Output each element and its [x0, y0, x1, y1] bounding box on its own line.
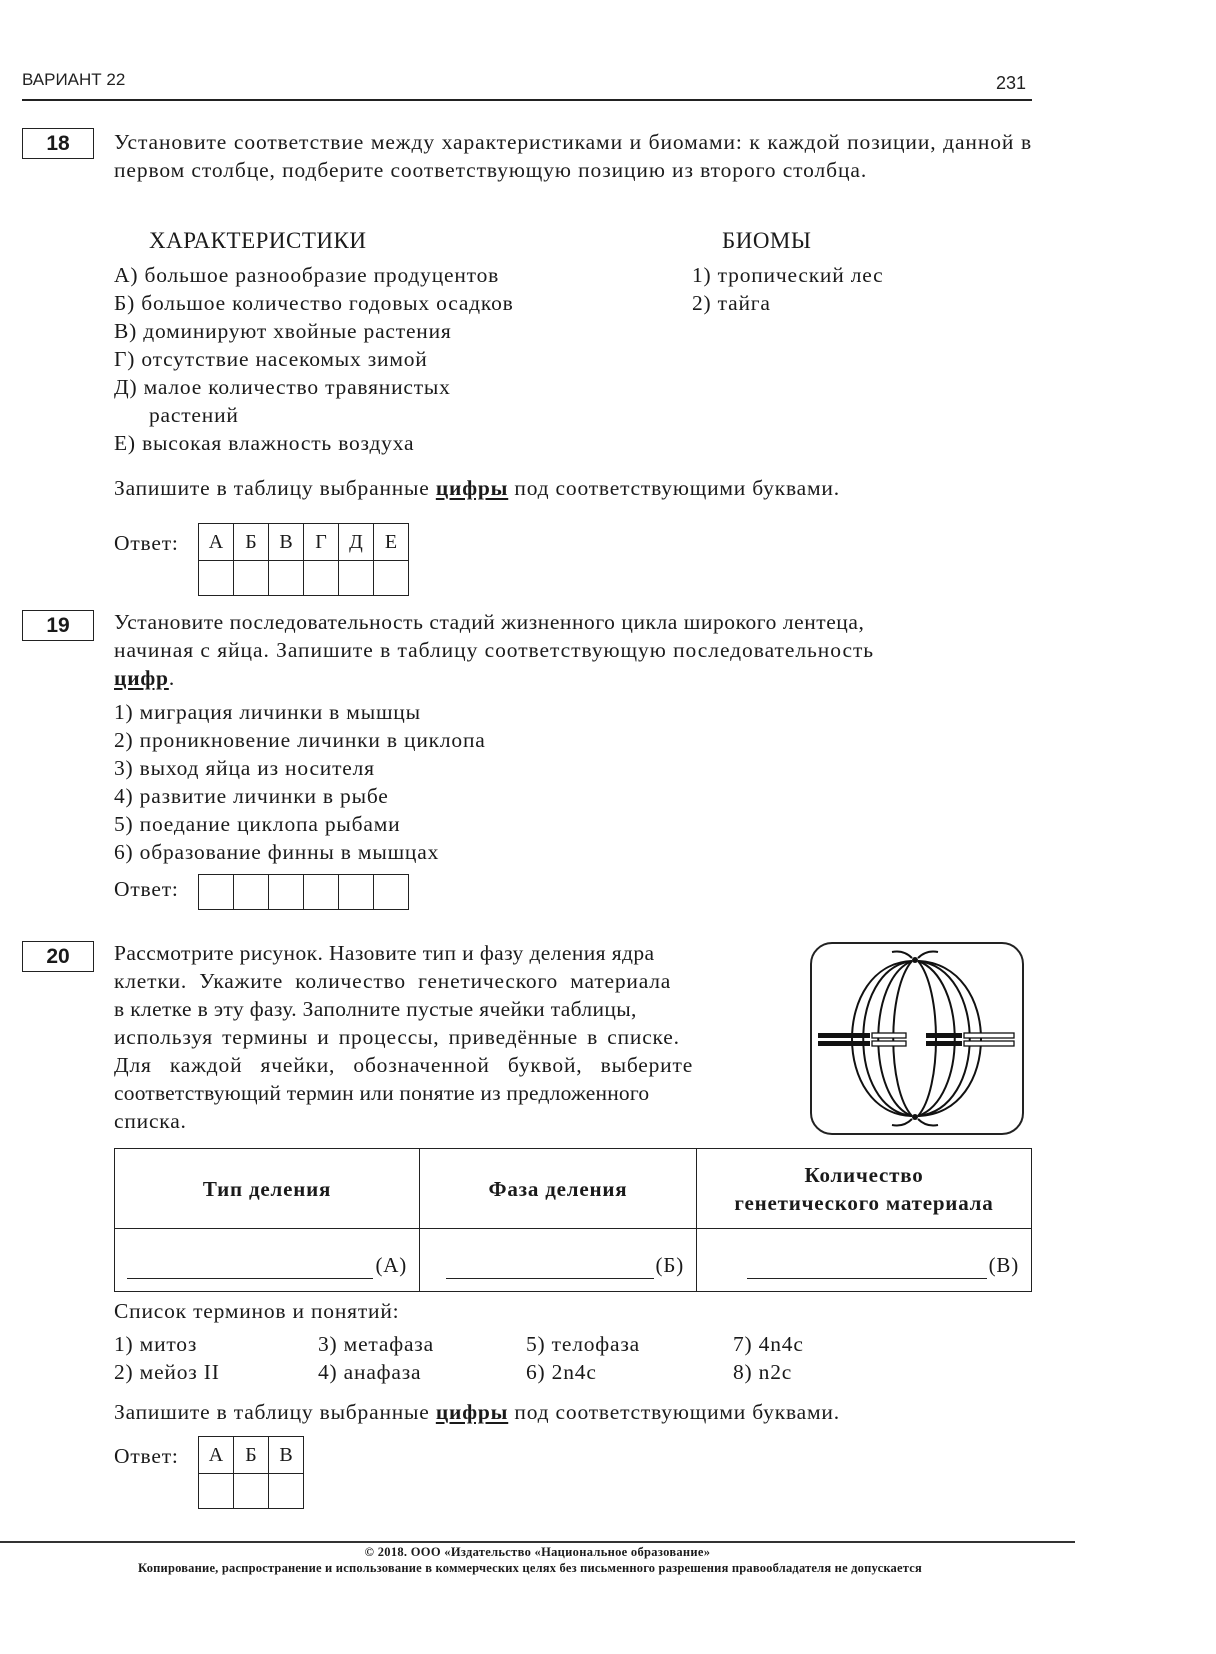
q18-prompt: Установите соответствие между характерис…: [114, 129, 1032, 184]
q20-answer-grid: Тип деления Фаза деления Количествогенет…: [114, 1148, 1032, 1292]
variant-label: ВАРИАНТ 22: [22, 70, 125, 90]
q20-prompt-line3: в клетке в эту фазу. Заполните пустые яч…: [114, 996, 637, 1024]
characteristic-v: В) доминируют хвойные растения: [114, 318, 452, 346]
q20-letter-v: В: [269, 1437, 304, 1474]
q20-instruction: Запишите в таблицу выбранные цифры под с…: [114, 1399, 840, 1427]
q19-answer-cell-3[interactable]: [269, 875, 304, 910]
q19-answer-label: Ответ:: [114, 876, 179, 904]
q18-letter-d: Д: [339, 524, 374, 561]
q18-letter-a: А: [199, 524, 234, 561]
q19-answer-cell-4[interactable]: [304, 875, 339, 910]
q20-answer-cell-a[interactable]: [199, 1474, 234, 1509]
q20-answer-label: Ответ:: [114, 1443, 179, 1471]
q20-prompt-line6: соответствующий термин или понятие из пр…: [114, 1080, 649, 1108]
q19-item-1: 1) миграция личинки в мышцы: [114, 699, 421, 727]
header-division-phase: Фаза деления: [420, 1149, 697, 1229]
characteristic-a: А) большое разнообразие продуцентов: [114, 262, 499, 290]
term-4: 4) анафаза: [318, 1359, 421, 1387]
question-number-18: 18: [22, 128, 94, 159]
q19-item-3: 3) выход яйца из носителя: [114, 755, 375, 783]
q19-item-2: 2) проникновение личинки в циклопа: [114, 727, 486, 755]
question-number-20: 20: [22, 941, 94, 972]
q20-answer-cell-v[interactable]: [269, 1474, 304, 1509]
q18-instruction: Запишите в таблицу выбранные цифры под с…: [114, 475, 840, 503]
header-divider: [22, 99, 1032, 101]
q19-answer-cell-2[interactable]: [234, 875, 269, 910]
q18-letter-g: Г: [304, 524, 339, 561]
header-genetic-material: Количествогенетического материала: [697, 1149, 1032, 1229]
characteristic-d-cont: растений: [149, 402, 239, 430]
characteristics-heading: ХАРАКТЕРИСТИКИ: [149, 228, 366, 254]
term-7: 7) 4n4c: [733, 1331, 804, 1359]
q19-prompt-line3: цифр.: [114, 665, 175, 693]
q19-item-4: 4) развитие личинки в рыбе: [114, 783, 389, 811]
q19-prompt-line2: начиная с яйца. Запишите в таблицу соотв…: [114, 637, 874, 665]
q19-answer-cell-1[interactable]: [199, 875, 234, 910]
characteristic-d: Д) малое количество травянистых: [114, 374, 451, 402]
header-division-type: Тип деления: [115, 1149, 420, 1229]
q18-answer-cell-v[interactable]: [269, 561, 304, 596]
q18-answer-label: Ответ:: [114, 530, 179, 558]
biome-2: 2) тайга: [692, 290, 771, 318]
characteristic-g: Г) отсутствие насекомых зимой: [114, 346, 428, 374]
q20-prompt-line7: списка.: [114, 1108, 187, 1136]
q20-prompt-line4: используя термины и процессы, приведённы…: [114, 1024, 680, 1052]
footer-divider: [0, 1541, 1075, 1543]
term-5: 5) телофаза: [526, 1331, 640, 1359]
q19-prompt-line1: Установите последовательность стадий жиз…: [114, 609, 864, 637]
q18-letter-v: В: [269, 524, 304, 561]
q19-item-6: 6) образование финны в мышцах: [114, 839, 439, 867]
characteristic-e: Е) высокая влажность воздуха: [114, 430, 414, 458]
q18-answer-cell-g[interactable]: [304, 561, 339, 596]
question-number-19: 19: [22, 610, 94, 641]
cell-a[interactable]: (А): [115, 1229, 420, 1292]
q18-letter-e: Е: [374, 524, 409, 561]
cell-b[interactable]: (Б): [420, 1229, 697, 1292]
q20-answer-table: А Б В: [198, 1436, 304, 1509]
term-2: 2) мейоз II: [114, 1359, 220, 1387]
footer-copyright: © 2018. ООО «Издательство «Национальное …: [0, 1545, 1075, 1560]
q20-answer-cell-b[interactable]: [234, 1474, 269, 1509]
term-6: 6) 2n4c: [526, 1359, 597, 1387]
q18-answer-cell-d[interactable]: [339, 561, 374, 596]
cell-v[interactable]: (В): [697, 1229, 1032, 1292]
q18-answer-table: А Б В Г Д Е: [198, 523, 409, 596]
q20-letter-b: Б: [234, 1437, 269, 1474]
q19-item-5: 5) поедание циклопа рыбами: [114, 811, 400, 839]
q19-answer-cell-6[interactable]: [374, 875, 409, 910]
terms-title: Список терминов и понятий:: [114, 1298, 399, 1326]
q20-letter-a: А: [199, 1437, 234, 1474]
q18-answer-cell-e[interactable]: [374, 561, 409, 596]
term-1: 1) митоз: [114, 1331, 197, 1359]
footer-notice: Копирование, распространение и использов…: [0, 1561, 1060, 1576]
term-8: 8) n2c: [733, 1359, 792, 1387]
characteristic-b: Б) большое количество годовых осадков: [114, 290, 514, 318]
q18-answer-cell-b[interactable]: [234, 561, 269, 596]
spindle-diagram-icon: [812, 944, 1022, 1133]
q20-prompt-line1: Рассмотрите рисунок. Назовите тип и фазу…: [114, 940, 654, 968]
cell-division-figure: [810, 942, 1024, 1135]
q20-prompt-line2: клетки. Укажите количество генетического…: [114, 968, 671, 996]
q18-answer-cell-a[interactable]: [199, 561, 234, 596]
biomes-heading: БИОМЫ: [722, 228, 811, 254]
term-3: 3) метафаза: [318, 1331, 434, 1359]
page-number: 231: [996, 73, 1026, 94]
q20-prompt-line5: Для каждой ячейки, обозначенной буквой, …: [114, 1052, 693, 1080]
biome-1: 1) тропический лес: [692, 262, 883, 290]
q18-letter-b: Б: [234, 524, 269, 561]
q19-answer-cell-5[interactable]: [339, 875, 374, 910]
q19-answer-table: [198, 874, 409, 910]
